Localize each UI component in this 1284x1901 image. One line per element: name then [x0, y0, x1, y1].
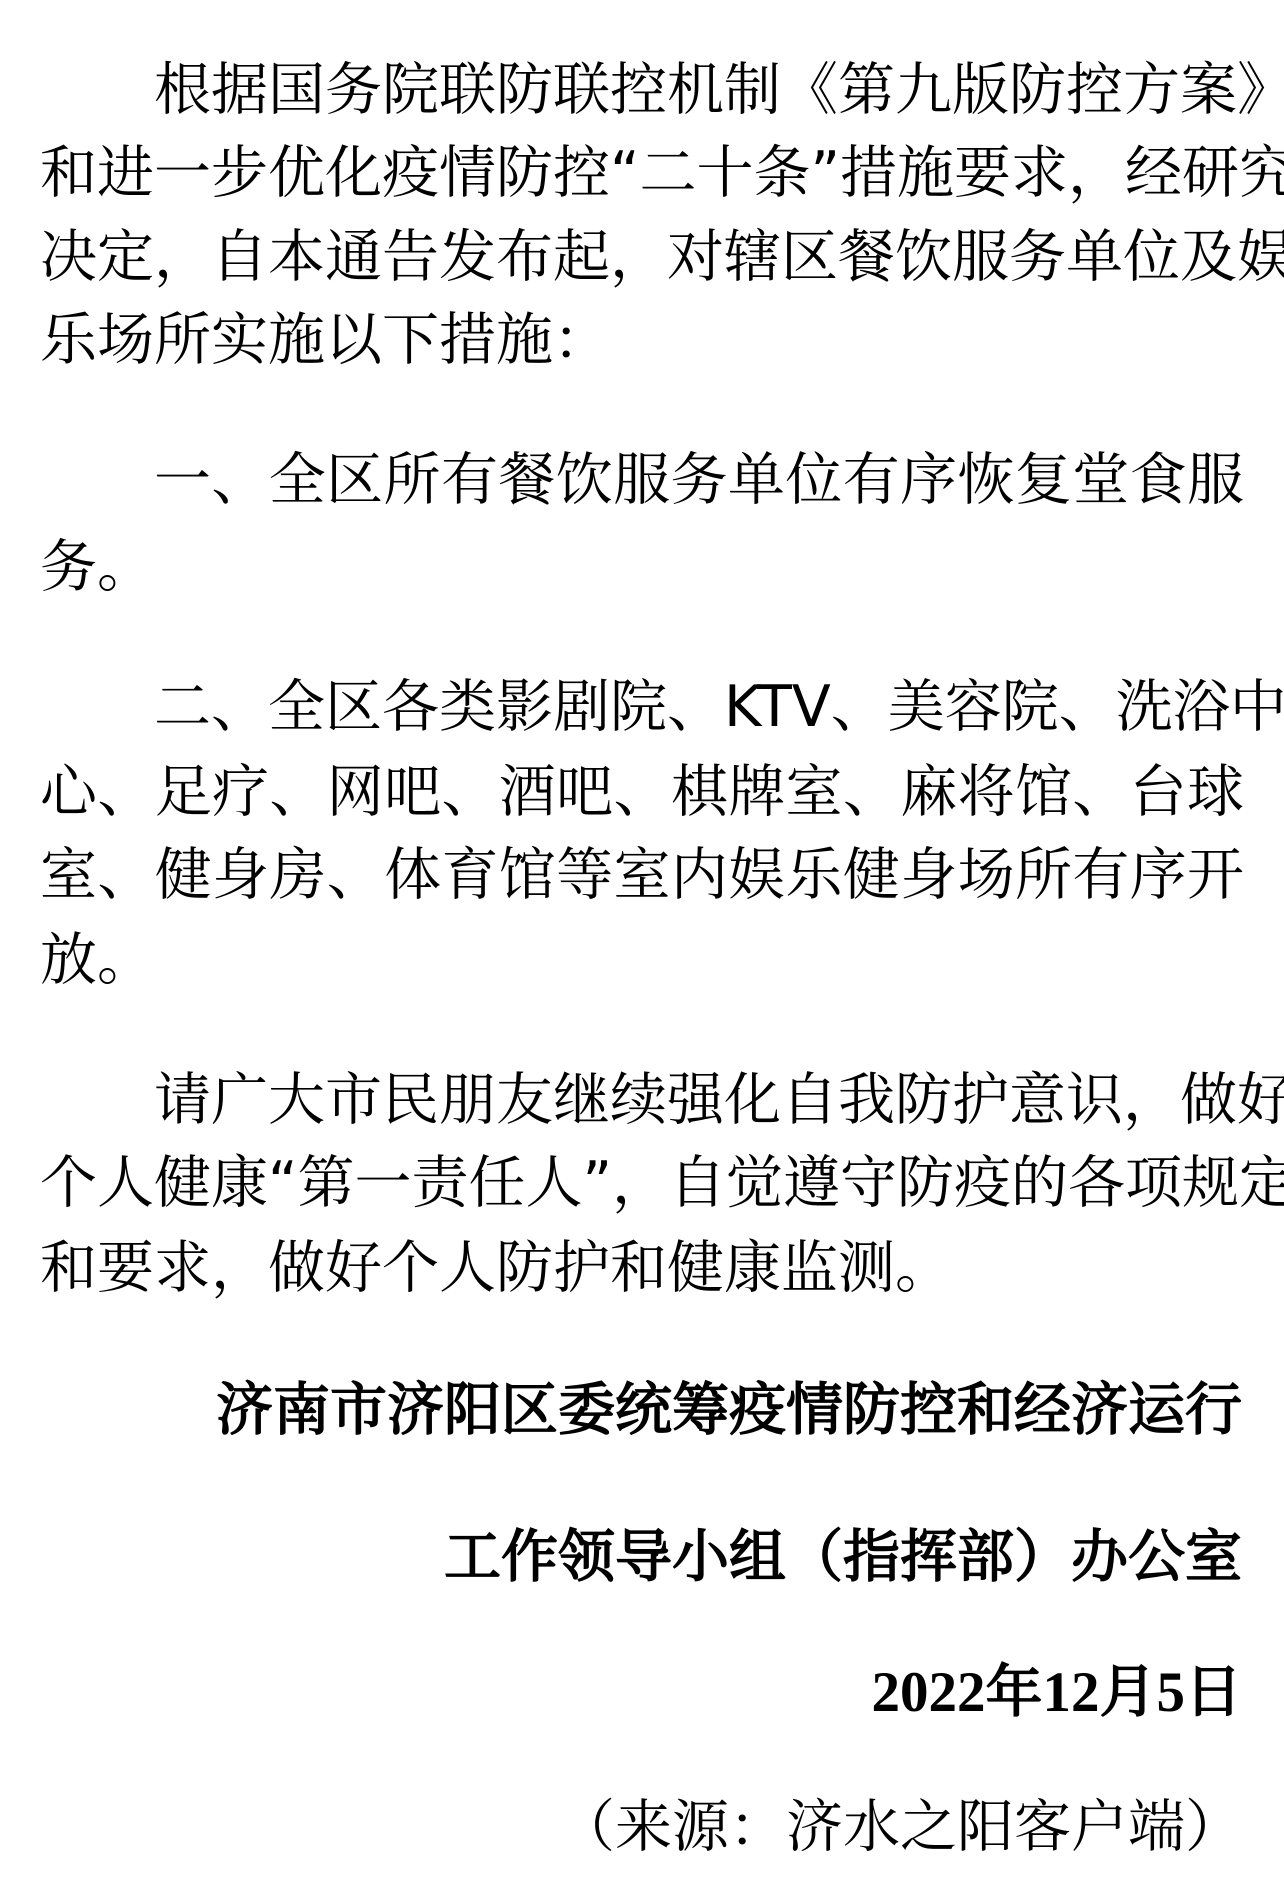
measure-2-line-4: 放。: [40, 918, 1244, 1002]
intro-line-2: 和进一步优化疫情防控“二十条”措施要求，经研究: [40, 131, 1244, 215]
measure-1-line-2: 务。: [40, 525, 1244, 609]
appeal-line-1: 请广大市民朋友继续强化自我防护意识，做好: [40, 1058, 1244, 1142]
measure-2-line-1: 二、全区各类影剧院、KTV、美容院、洗浴中: [40, 665, 1244, 749]
signature-org-line-2: 工作领导小组（指挥部）办公室: [0, 1515, 1242, 1599]
appeal-line-2: 个人健康“第一责任人”，自觉遵守防疫的各项规定: [40, 1141, 1244, 1225]
signature-date: 2022年12月5日: [0, 1651, 1242, 1735]
measure-2-line-3: 室、健身房、体育馆等室内娱乐健身场所有序开: [40, 833, 1244, 917]
intro-line-1: 根据国务院联防联控机制《第九版防控方案》: [40, 48, 1244, 132]
source-attribution: （来源：济水之阳客户端）: [0, 1785, 1242, 1869]
measure-2-line-2: 心、足疗、网吧、酒吧、棋牌室、麻将馆、台球: [40, 750, 1244, 834]
intro-line-4: 乐场所实施以下措施：: [40, 298, 1244, 382]
measure-1-line-1: 一、全区所有餐饮服务单位有序恢复堂食服: [40, 438, 1244, 522]
appeal-line-3: 和要求，做好个人防护和健康监测。: [40, 1226, 1244, 1310]
signature-org-line-1: 济南市济阳区委统筹疫情防控和经济运行: [0, 1368, 1242, 1452]
intro-line-3: 决定，自本通告发布起，对辖区餐饮服务单位及娱: [40, 215, 1244, 299]
